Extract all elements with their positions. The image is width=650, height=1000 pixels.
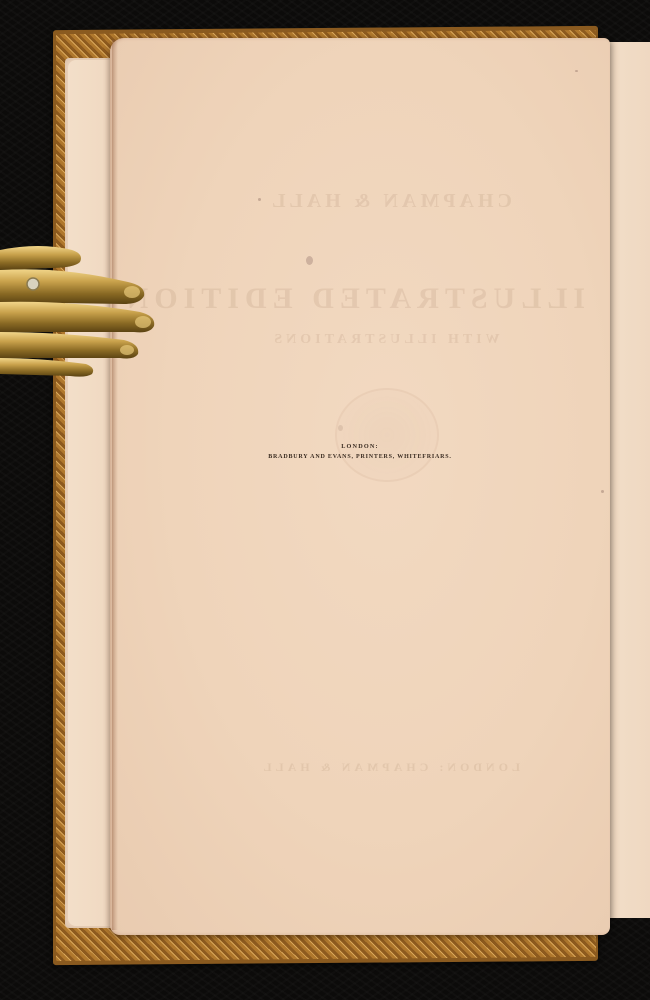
show-through-emblem (335, 388, 439, 482)
foxing-spot (575, 70, 578, 72)
page-gutter-shadow (112, 40, 118, 930)
foxing-spot (338, 425, 343, 431)
show-through-text: WITH ILLUSTRATIONS (265, 332, 505, 348)
imprint-city: LONDON: (110, 443, 610, 450)
next-leaf-edge (608, 42, 650, 918)
brass-hand-page-weight (0, 240, 160, 380)
foxing-spot (601, 490, 604, 493)
show-through-text: LONDON: CHAPMAN & HALL (270, 760, 520, 775)
foxing-spot (258, 198, 261, 201)
foxing-spot (306, 256, 313, 265)
show-through-title: ILLUSTRATED EDITION (225, 282, 585, 316)
imprint-printer: BRADBURY AND EVANS, PRINTERS, WHITEFRIAR… (110, 454, 610, 460)
show-through-text: CHAPMAN & HALL (260, 190, 520, 213)
printer-imprint: LONDON: BRADBURY AND EVANS, PRINTERS, WH… (110, 443, 610, 460)
book-page (110, 38, 610, 935)
